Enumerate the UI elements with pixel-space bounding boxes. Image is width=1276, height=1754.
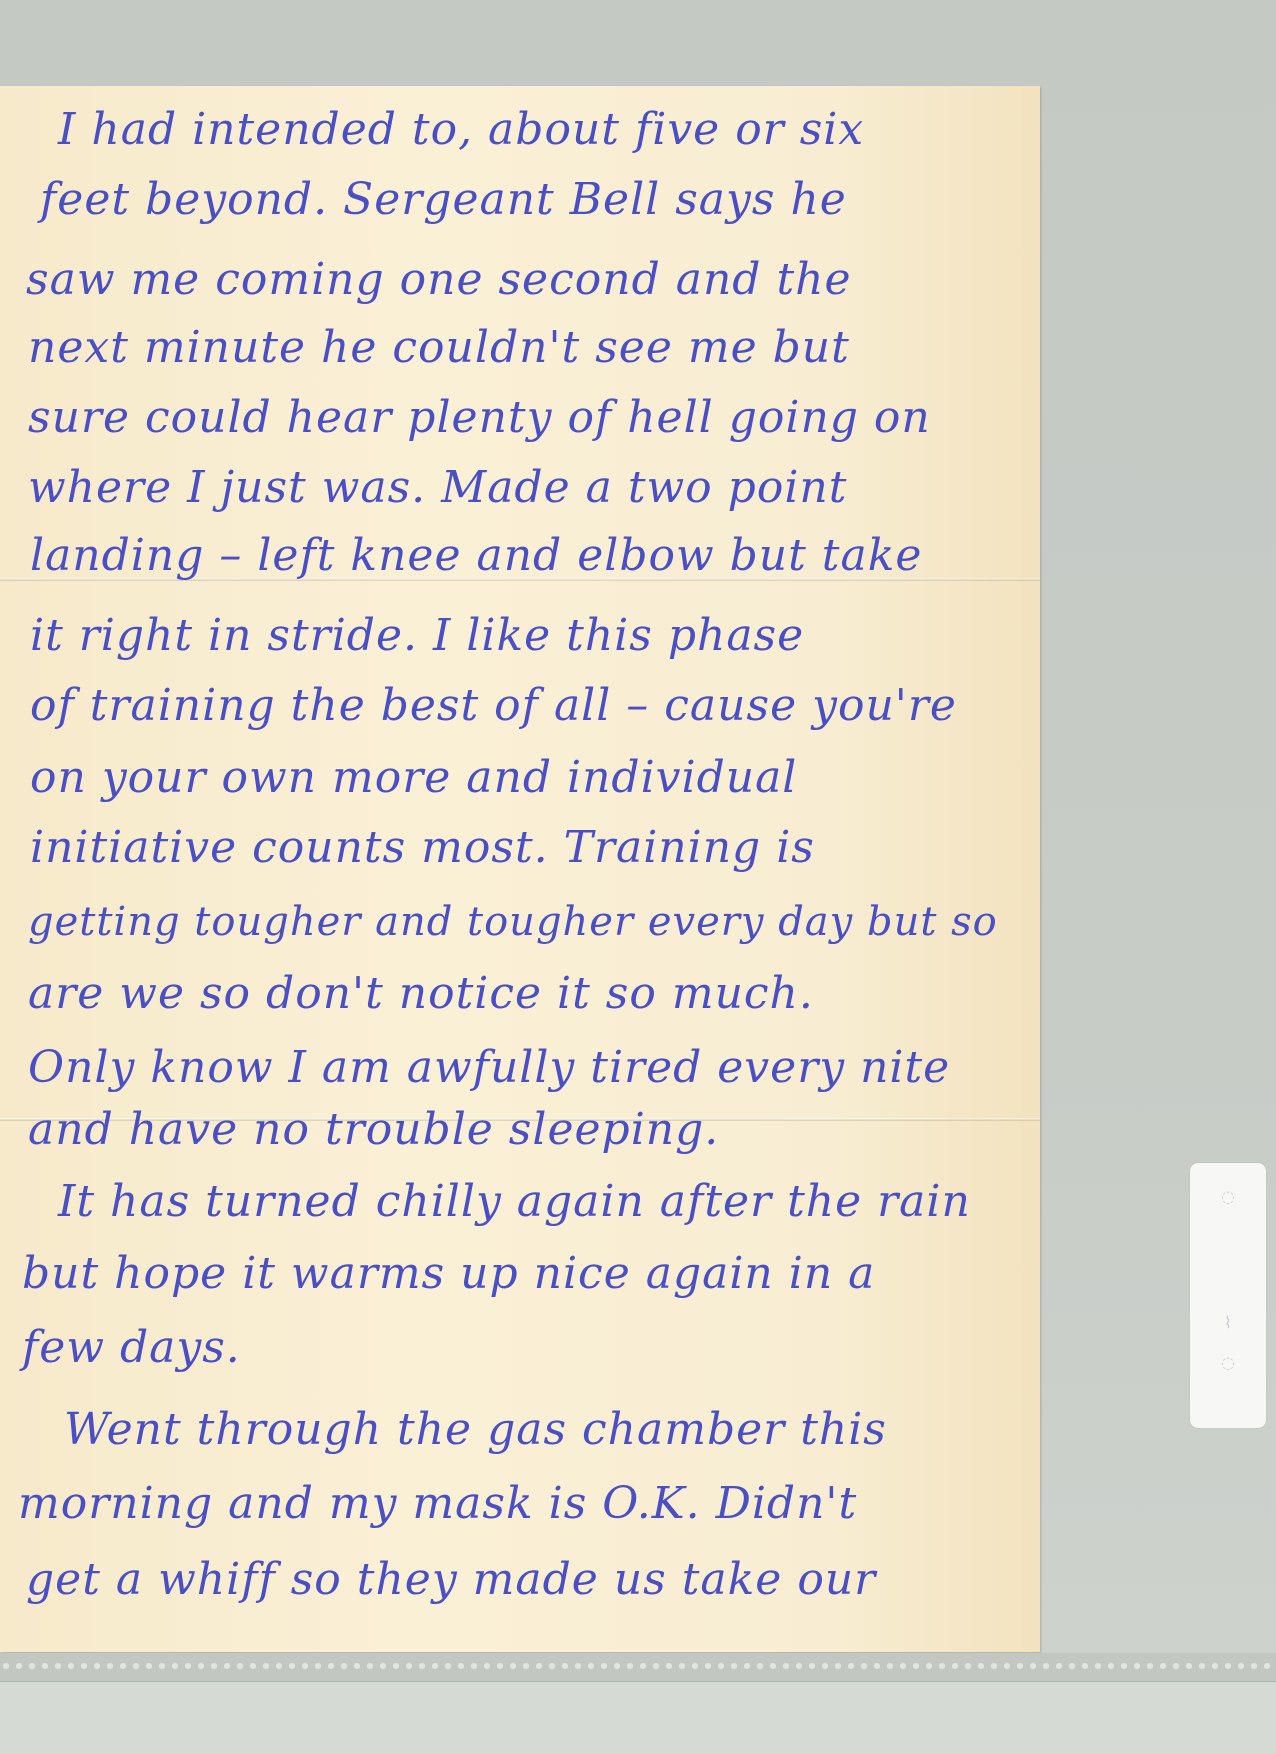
label-mark: ⌇ bbox=[1212, 1313, 1244, 1332]
letter-line: sure could hear plenty of hell going on bbox=[28, 396, 1068, 440]
letter-line: of training the best of all – cause you'… bbox=[30, 684, 1070, 728]
letter-line: few days. bbox=[22, 1326, 1062, 1370]
letter-line: next minute he couldn't see me but bbox=[28, 326, 1068, 370]
letter-line: and have no trouble sleeping. bbox=[28, 1108, 1068, 1152]
letter-line: getting tougher and tougher every day bu… bbox=[28, 902, 1068, 942]
letter-line: It has turned chilly again after the rai… bbox=[28, 1180, 1068, 1224]
label-mark: ◌ bbox=[1212, 1187, 1244, 1206]
label-mark: ◌ bbox=[1212, 1353, 1244, 1372]
letter-line: Only know I am awfully tired every nite bbox=[28, 1046, 1068, 1090]
letter-line: saw me coming one second and the bbox=[26, 258, 1066, 302]
sleeve-perforation bbox=[0, 1660, 1276, 1672]
archive-label-tab: ◌ ⌇ ◌ bbox=[1190, 1163, 1266, 1428]
letter-line: landing – left knee and elbow but take bbox=[30, 534, 1070, 578]
letter-line: feet beyond. Sergeant Bell says he bbox=[40, 178, 1080, 222]
letter-line: but hope it warms up nice again in a bbox=[22, 1252, 1062, 1296]
letter-line: Went through the gas chamber this bbox=[34, 1408, 1074, 1452]
letter-page: I had intended to, about five or six fee… bbox=[0, 86, 1040, 1652]
letter-line: get a whiff so they made us take our bbox=[26, 1558, 1066, 1602]
letter-line: morning and my mask is O.K. Didn't bbox=[18, 1482, 1058, 1526]
letter-line: I had intended to, about five or six bbox=[58, 108, 1098, 152]
sleeve-lower-area bbox=[0, 1682, 1276, 1754]
letter-line: initiative counts most. Training is bbox=[30, 826, 1070, 870]
letter-line: where I just was. Made a two point bbox=[28, 466, 1068, 510]
letter-line: on your own more and individual bbox=[30, 756, 1070, 800]
letter-line: it right in stride. I like this phase bbox=[30, 614, 1070, 658]
letter-line: are we so don't notice it so much. bbox=[28, 972, 1068, 1016]
